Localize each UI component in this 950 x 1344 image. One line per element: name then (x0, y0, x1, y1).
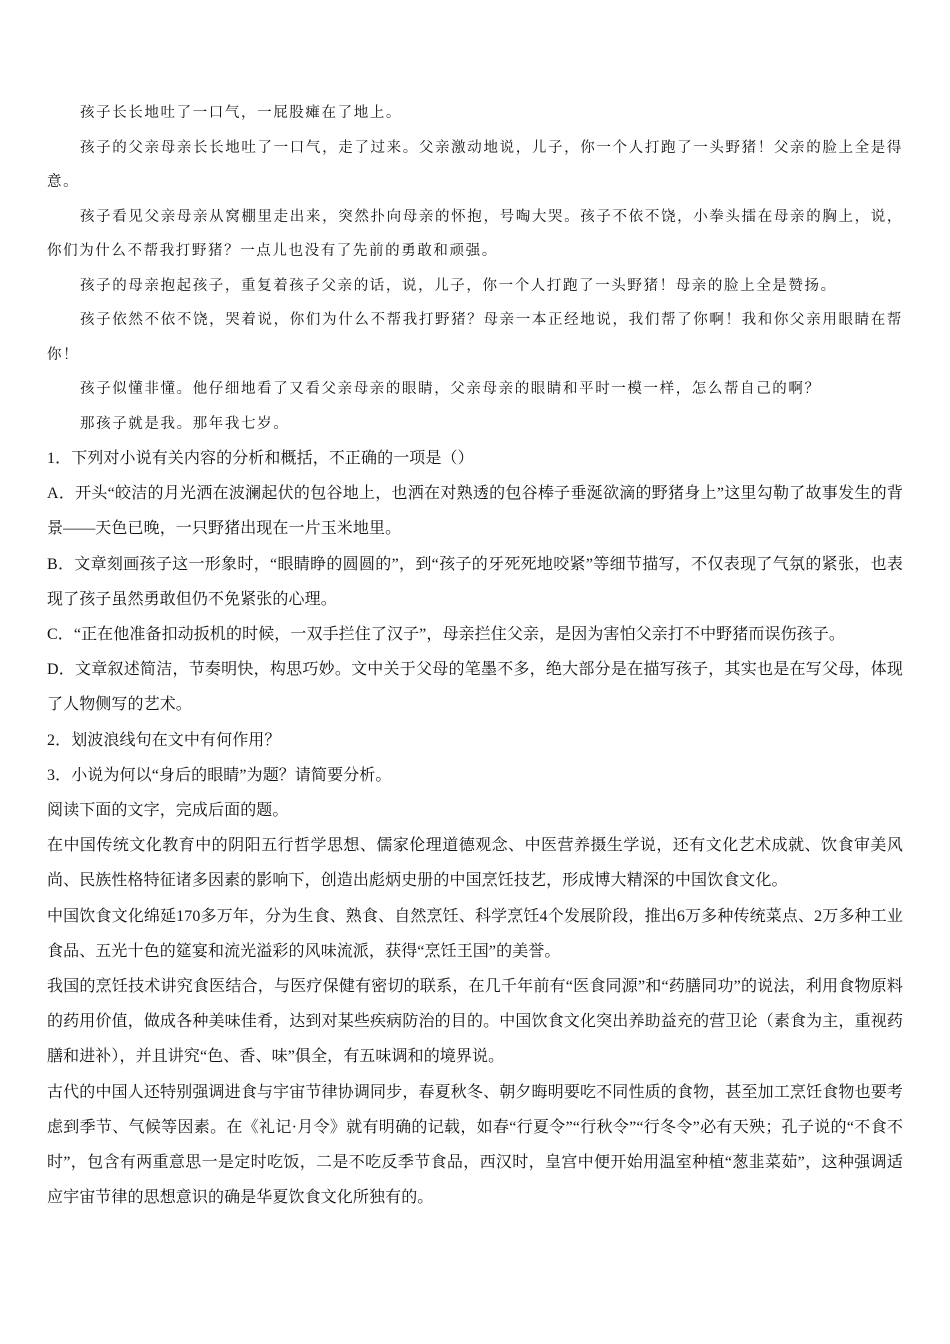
reading-passage: 阅读下面的文字，完成后面的题。 在中国传统文化教育中的阴阳五行哲学思想、儒家伦理… (47, 793, 903, 1215)
question-1-option-b: B．文章刻画孩子这一形象时，“眼睛睁的圆圆的”，到“孩子的牙死死地咬紧”等细节描… (47, 547, 903, 617)
story-paragraph: 孩子的母亲抱起孩子，重复着孩子父亲的话，说，儿子，你一个人打跑了一头野猪！母亲的… (47, 269, 903, 304)
passage-paragraph: 中国饮食文化绵延170多万年，分为生食、熟食、自然烹饪、科学烹饪4个发展阶段，推… (47, 899, 903, 969)
story-paragraph: 孩子长长地吐了一口气，一屁股瘫在了地上。 (47, 96, 903, 131)
story-paragraph: 孩子依然不依不饶，哭着说，你们为什么不帮我打野猪？母亲一本正经地说，我们帮了你啊… (47, 303, 903, 372)
question-1-stem: 1．下列对小说有关内容的分析和概括，不正确的一项是（） (47, 441, 903, 476)
question-2: 2．划波浪线句在文中有何作用？ (47, 723, 903, 758)
story-paragraph: 孩子的父亲母亲长长地吐了一口气，走了过来。父亲激动地说，儿子，你一个人打跑了一头… (47, 131, 903, 200)
question-section: 1．下列对小说有关内容的分析和概括，不正确的一项是（） A．开头“皎洁的月光洒在… (47, 441, 903, 793)
question-1-option-d: D．文章叙述简洁，节奏明快，构思巧妙。文中关于父母的笔墨不多，绝大部分是在描写孩… (47, 652, 903, 722)
question-1-option-c: C．“正在他准备扣动扳机的时候，一双手拦住了汉子”，母亲拦住父亲，是因为害怕父亲… (47, 617, 903, 652)
story-paragraph: 孩子看见父亲母亲从窝棚里走出来，突然扑向母亲的怀抱，号啕大哭。孩子不依不饶，小拳… (47, 200, 903, 269)
passage-paragraph: 在中国传统文化教育中的阴阳五行哲学思想、儒家伦理道德观念、中医营养摄生学说，还有… (47, 828, 903, 898)
question-1-option-a: A．开头“皎洁的月光洒在波澜起伏的包谷地上，也洒在对熟透的包谷棒子垂涎欲滴的野猪… (47, 476, 903, 546)
document-page: 孩子长长地吐了一口气，一屁股瘫在了地上。 孩子的父亲母亲长长地吐了一口气，走了过… (47, 96, 903, 1215)
story-paragraph: 孩子似懂非懂。他仔细地看了又看父亲母亲的眼睛，父亲母亲的眼睛和平时一模一样，怎么… (47, 372, 903, 407)
story-excerpt: 孩子长长地吐了一口气，一屁股瘫在了地上。 孩子的父亲母亲长长地吐了一口气，走了过… (47, 96, 903, 441)
passage-paragraph: 我国的烹饪技术讲究食医结合，与医疗保健有密切的联系，在几千年前有“医食同源”和“… (47, 969, 903, 1075)
story-paragraph: 那孩子就是我。那年我七岁。 (47, 407, 903, 442)
passage-paragraph: 古代的中国人还特别强调进食与宇宙节律协调同步，春夏秋冬、朝夕晦明要吃不同性质的食… (47, 1075, 903, 1216)
passage-instruction: 阅读下面的文字，完成后面的题。 (47, 793, 903, 828)
question-3: 3．小说为何以“身后的眼睛”为题？请简要分析。 (47, 758, 903, 793)
